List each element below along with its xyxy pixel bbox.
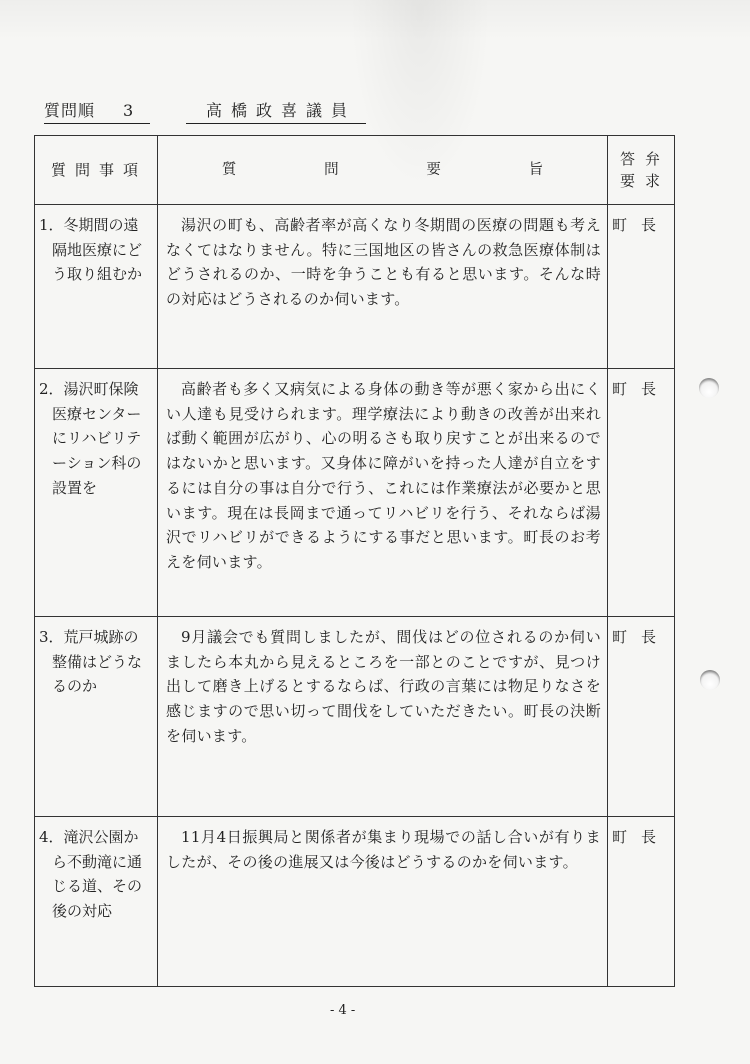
council-member-name: 高橋政喜議員 xyxy=(186,101,366,124)
question-order-heading: 質問順3 xyxy=(44,101,150,124)
question-order-label: 質問順 xyxy=(44,101,95,120)
header-question-item: 質問事項 xyxy=(35,136,158,205)
table-row: 3．荒戸城跡の 整備はどうな るのか 9月議会でも質問しましたが、間伐はどの位さ… xyxy=(35,617,675,817)
table-header-row: 質問事項 質 問 要 旨 答弁 要求 xyxy=(35,136,675,205)
question-gist: 9月議会でも質問しましたが、間伐はどの位されるのか伺いましたら本丸から見えるとこ… xyxy=(158,617,608,817)
question-gist: 高齢者も多く又病気による身体の動き等が悪く家から出にくい人達も見受けられます。理… xyxy=(158,369,608,617)
item-line: 隔地医療にど xyxy=(39,238,155,263)
item-line: 2．湯沢町保険 xyxy=(39,377,155,402)
question-item: 2．湯沢町保険 医療センター にリハビリテ ーション科の 設置を xyxy=(35,369,158,617)
header-gist-char: 質 xyxy=(222,158,237,183)
gist-text: 11月4日振興局と関係者が集まり現場での話し合いが有りましたが、その後の進展又は… xyxy=(166,825,601,874)
punch-hole-icon xyxy=(699,378,719,398)
item-line: う取り組むか xyxy=(39,262,155,287)
table-row: 1．冬期間の遠 隔地医療にど う取り組むか 湯沢の町も、高齢者率が高くなり冬期間… xyxy=(35,205,675,369)
gist-text: 湯沢の町も、高齢者率が高くなり冬期間の医療の問題も考えなくてはなりません。特に三… xyxy=(166,213,601,312)
respondent: 町長 xyxy=(608,369,675,617)
item-line: 設置を xyxy=(39,476,155,501)
item-line: るのか xyxy=(39,674,155,699)
item-line: にリハビリテ xyxy=(39,426,155,451)
respondent: 町長 xyxy=(608,617,675,817)
question-item: 3．荒戸城跡の 整備はどうな るのか xyxy=(35,617,158,817)
item-line: 後の対応 xyxy=(39,899,155,924)
item-line: 3．荒戸城跡の xyxy=(39,625,155,650)
item-line: ら不動滝に通 xyxy=(39,850,155,875)
page-number: - 4 - xyxy=(330,1003,355,1018)
gist-text: 高齢者も多く又病気による身体の動き等が悪く家から出にくい人達も見受けられます。理… xyxy=(166,377,601,575)
item-line: 1．冬期間の遠 xyxy=(39,213,155,238)
header-question-gist: 質 問 要 旨 xyxy=(158,136,608,205)
table-row: 4．滝沢公園か ら不動滝に通 じる道、その 後の対応 11月4日振興局と関係者が… xyxy=(35,817,675,987)
respondent: 町長 xyxy=(608,205,675,369)
header-gist-char: 問 xyxy=(324,158,339,183)
item-line: ーション科の xyxy=(39,451,155,476)
item-line: じる道、その xyxy=(39,874,155,899)
respondent: 町長 xyxy=(608,817,675,987)
question-gist: 11月4日振興局と関係者が集まり現場での話し合いが有りましたが、その後の進展又は… xyxy=(158,817,608,987)
question-item: 4．滝沢公園か ら不動滝に通 じる道、その 後の対応 xyxy=(35,817,158,987)
gist-text: 9月議会でも質問しましたが、間伐はどの位されるのか伺いましたら本丸から見えるとこ… xyxy=(166,625,601,749)
header-gist-char: 旨 xyxy=(529,158,544,183)
question-gist: 湯沢の町も、高齢者率が高くなり冬期間の医療の問題も考えなくてはなりません。特に三… xyxy=(158,205,608,369)
item-line: 整備はどうな xyxy=(39,650,155,675)
header-gist-char: 要 xyxy=(426,158,441,183)
item-line: 医療センター xyxy=(39,402,155,427)
table-row: 2．湯沢町保険 医療センター にリハビリテ ーション科の 設置を 高齢者も多く又… xyxy=(35,369,675,617)
question-item: 1．冬期間の遠 隔地医療にど う取り組むか xyxy=(35,205,158,369)
question-table: 質問事項 質 問 要 旨 答弁 要求 1．冬期間の遠 隔地医療にど う取り組むか… xyxy=(34,135,675,987)
item-line: 4．滝沢公園か xyxy=(39,825,155,850)
punch-hole-icon xyxy=(700,670,720,690)
header-respondent-line2: 要求 xyxy=(616,170,674,192)
header-respondent: 答弁 要求 xyxy=(608,136,675,205)
question-order-number: 3 xyxy=(123,101,134,120)
header-respondent-line1: 答弁 xyxy=(616,148,674,170)
